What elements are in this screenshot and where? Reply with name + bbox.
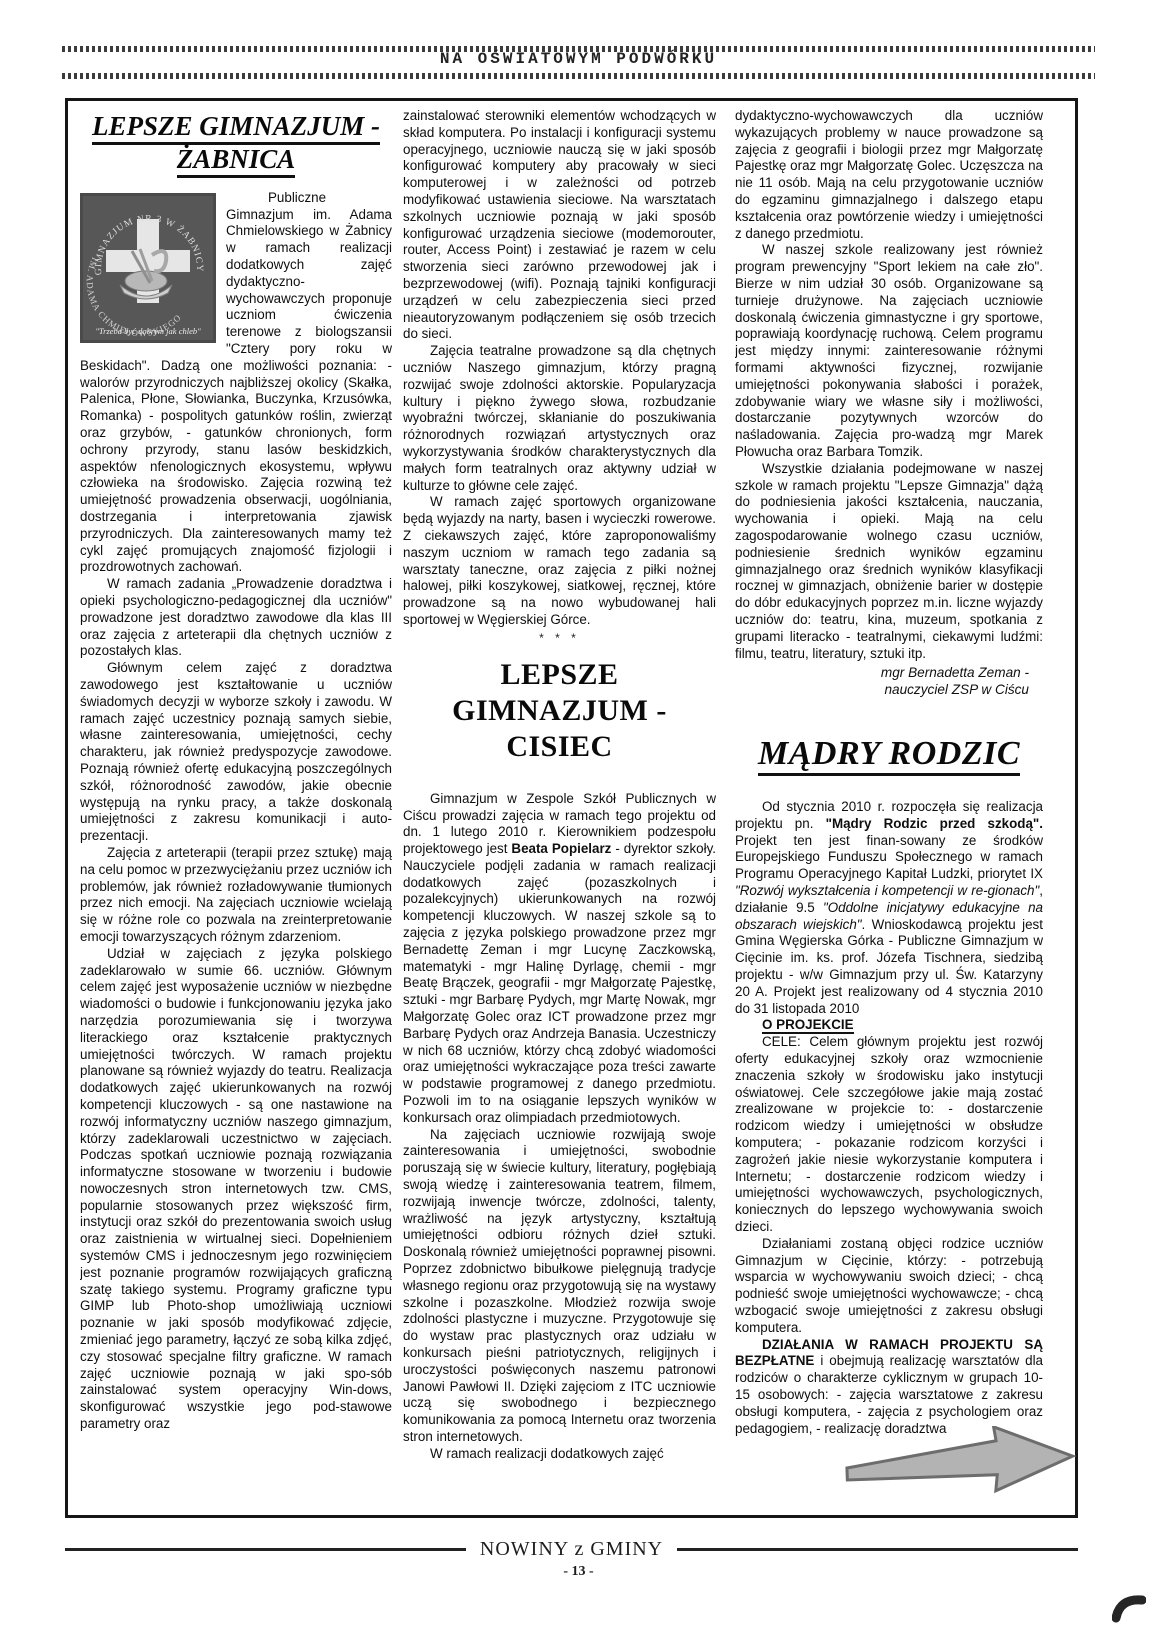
article-title: LEPSZE GIMNAZJUM -ŻABNICA	[80, 110, 392, 176]
article-separator: * * *	[403, 631, 716, 645]
author-signature-line: nauczyciel ZSP w Ciścu	[735, 681, 1029, 698]
text-segment: "Rozwój wykształcenia i kompetencji w re…	[735, 883, 1039, 898]
text-segment: Zajęcia teatralne prowadzone są dla chęt…	[403, 343, 716, 492]
text-segment: "Mądry Rodzic przed szkodą".	[826, 816, 1043, 831]
column-3: dydaktyczno-wychowawczych dla uczniów wy…	[735, 108, 1043, 1510]
school-logo: GIMNAZJUM NR 3 W ŻABNICY IM. ADAMA CHMIE…	[80, 193, 216, 343]
body-paragraph: W ramach zadania „Prowadzenie doradztwa …	[80, 576, 392, 660]
author-signature-line: mgr Bernadetta Zeman -	[735, 664, 1029, 681]
school-logo-image: GIMNAZJUM NR 3 W ŻABNICY IM. ADAMA CHMIE…	[80, 193, 216, 343]
footer-brand: NOWINY z GMINY	[65, 1538, 1078, 1561]
text-segment: W ramach zajęć sportowych organizowane b…	[403, 494, 716, 627]
text-segment: CELE: Celem głównym projektu jest rozwój…	[735, 1034, 1043, 1234]
text-segment: W ramach zadania „Prowadzenie doradztwa …	[80, 576, 392, 658]
text-segment: Działaniami zostaną objęci rodzice uczni…	[735, 1236, 1043, 1335]
page-number: - 13 -	[0, 1564, 1157, 1580]
footer-rule-right	[677, 1548, 1078, 1551]
body-paragraph: W ramach realizacji dodatkowych zajęć	[403, 1446, 716, 1463]
article-title-text: LEPSZE GIMNAZJUM -	[92, 111, 380, 145]
body-paragraph: Od stycznia 2010 r. rozpoczęła się reali…	[735, 799, 1043, 1017]
body-paragraph: zainstalować sterowniki elementów wchodz…	[403, 108, 716, 343]
text-segment: Beata Popielarz	[511, 841, 611, 856]
footer-rule-left	[65, 1548, 466, 1551]
body-paragraph: Wszystkie działania podejmowane w naszej…	[735, 461, 1043, 663]
text-segment: W ramach realizacji dodatkowych zajęć	[430, 1446, 664, 1461]
body-paragraph: Działaniami zostaną objęci rodzice uczni…	[735, 1236, 1043, 1337]
body-paragraph: DZIAŁANIA W RAMACH PROJEKTU SĄ BEZPŁATNE…	[735, 1337, 1043, 1438]
text-segment: Wszystkie działania podejmowane w naszej…	[735, 461, 1043, 661]
text-segment: Głównym celem zajęć z doradztwa zawodowe…	[80, 660, 392, 843]
body-paragraph: dydaktyczno-wychowawczych dla uczniów wy…	[735, 108, 1043, 242]
text-segment: - dyrektor szkoły. Nauczyciele podjęli z…	[403, 841, 716, 1125]
body-paragraph: W ramach zajęć sportowych organizowane b…	[403, 494, 716, 628]
author-signature: mgr Bernadetta Zeman -nauczyciel ZSP w C…	[735, 664, 1043, 698]
body-paragraph: O PROJEKCIE	[735, 1017, 1043, 1034]
text-segment: Projekt ten jest finan-sowany ze środków…	[735, 833, 1043, 882]
article-title-line: CISIEC	[403, 729, 716, 765]
article-title-text: ŻABNICA	[177, 144, 296, 178]
body-paragraph: Na zajęciach uczniowie rozwijają swoje z…	[403, 1127, 716, 1446]
article-title: MĄDRY RODZIC	[735, 734, 1043, 775]
page-header-title: NA OŚWIATOWYM PODWÓRKU	[0, 50, 1157, 68]
article-title-text: MĄDRY RODZIC	[758, 735, 1020, 776]
body-paragraph: Zajęcia teatralne prowadzone są dla chęt…	[403, 343, 716, 494]
article-title-line: LEPSZE GIMNAZJUM -	[80, 110, 392, 143]
column-2: zainstalować sterowniki elementów wchodz…	[403, 108, 716, 1510]
corner-mark-icon	[1112, 1592, 1146, 1629]
article-title-line: MĄDRY RODZIC	[735, 734, 1043, 775]
body-paragraph: CELE: Celem głównym projektu jest rozwój…	[735, 1034, 1043, 1236]
text-segment: Udział w zajęciach z języka polskiego za…	[80, 946, 392, 1431]
continuation-arrow-icon	[845, 1426, 1077, 1515]
body-paragraph: Głównym celem zajęć z doradztwa zawodowe…	[80, 660, 392, 845]
article-title-text: LEPSZE GIMNAZJUM -	[452, 658, 667, 727]
text-segment: dydaktyczno-wychowawczych dla uczniów wy…	[735, 108, 1043, 241]
text-segment: W naszej szkole realizowany jest również…	[735, 242, 1043, 459]
column-1: LEPSZE GIMNAZJUM -ŻABNICA GIMNAZJUM NR 3…	[80, 108, 392, 1510]
body-paragraph: Zajęcia z arteterapii (terapii przez szt…	[80, 845, 392, 946]
article-title-line: LEPSZE GIMNAZJUM -	[403, 657, 716, 729]
footer-brand-text: NOWINY z GMINY	[466, 1538, 677, 1561]
text-segment: Zajęcia z arteterapii (terapii przez szt…	[80, 845, 392, 944]
article-title: LEPSZE GIMNAZJUM -CISIEC	[403, 657, 716, 765]
newspaper-page: { "header": { "title": "NA OŚWIATOWYM PO…	[0, 0, 1157, 1636]
body-paragraph: Gimnazjum w Zespole Szkół Publicznych w …	[403, 791, 716, 1127]
article-title-text: CISIEC	[506, 730, 612, 763]
logo-caption: "Trzeba być dobrym jak chleb"	[95, 326, 201, 336]
body-paragraph: Udział w zajęciach z języka polskiego za…	[80, 946, 392, 1433]
text-segment: O PROJEKCIE	[762, 1017, 854, 1034]
body-paragraph: W naszej szkole realizowany jest również…	[735, 242, 1043, 460]
text-segment: Na zajęciach uczniowie rozwijają swoje z…	[403, 1127, 716, 1444]
header-rule-bottom	[62, 73, 1095, 79]
article-title-line: ŻABNICA	[80, 143, 392, 176]
text-segment: zainstalować sterowniki elementów wchodz…	[403, 108, 716, 341]
